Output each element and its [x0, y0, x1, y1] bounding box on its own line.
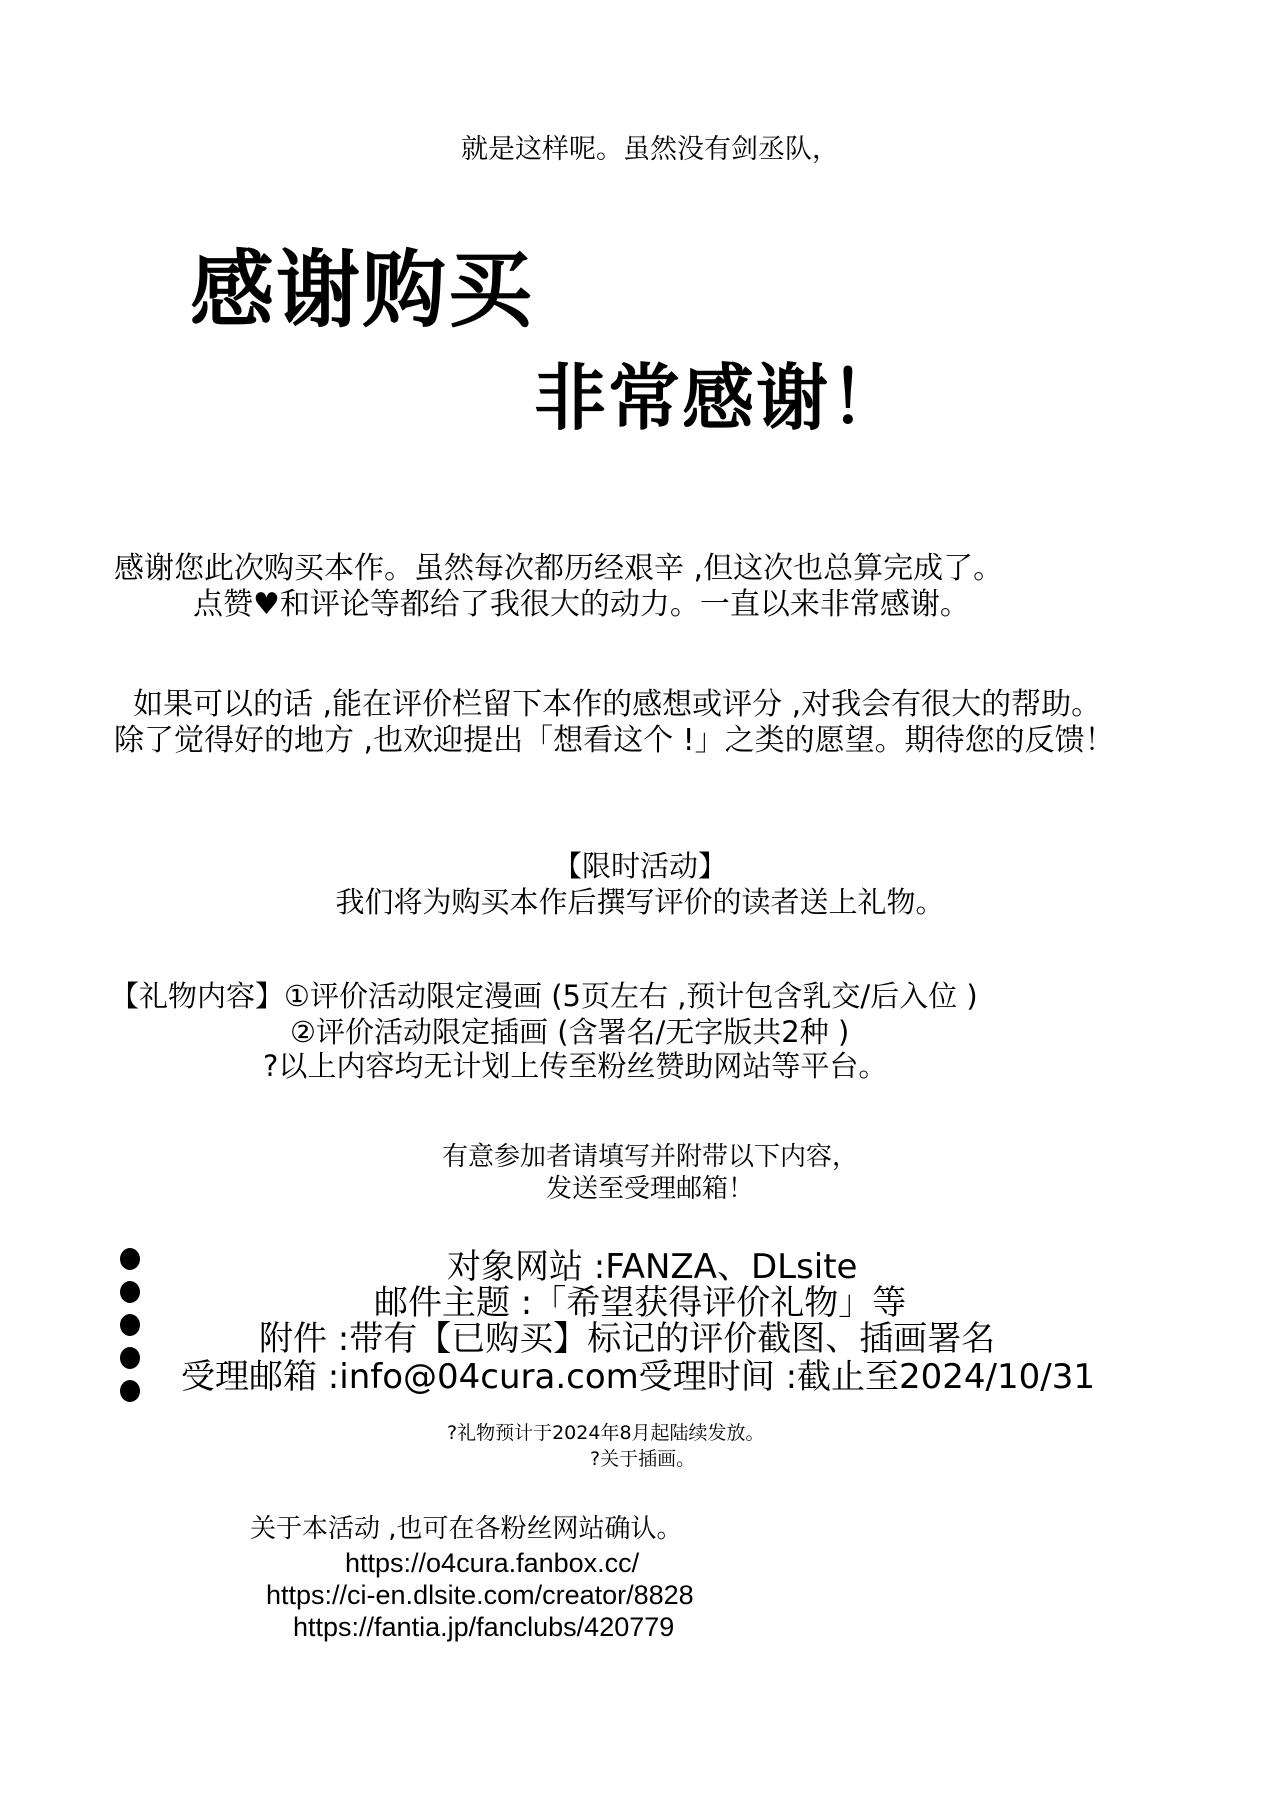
fantia-url: https://fantia.jp/fanclubs/420779: [293, 1614, 674, 1641]
gift-contents-line-1: 【礼物内容】①评价活动限定漫画 (5页左右 ,预计包含乳交/后入位 ): [110, 982, 978, 1011]
title-thank-you-very-much: 非常感谢！: [534, 362, 904, 434]
intro-line: 就是这样呢。虽然没有剑丞队，: [0, 136, 1280, 163]
bullet-list-markers: [120, 1248, 142, 1413]
note-gift-distribution: ?礼物预计于2024年8月起陆续发放。: [447, 1424, 765, 1443]
review-request-line-1: 如果可以的话 ,能在评价栏留下本作的感想或评分 ,对我会有很大的帮助。: [133, 690, 1101, 720]
review-request-line-2: 除了觉得好的地方 ,也欢迎提出「想看这个 !」之类的愿望。期待您的反馈！: [114, 726, 1115, 756]
afterword-page: 就是这样呢。虽然没有剑丞队， 感谢购买 非常感谢！ 感谢您此次购买本作。虽然每次…: [0, 0, 1280, 1808]
event-heading: 【限时活动】: [0, 852, 1280, 881]
fan-sites-intro: 关于本活动 ,也可在各粉丝网站确认。: [250, 1516, 683, 1542]
note-about-illustration: ?关于插画。: [590, 1450, 695, 1469]
bullet-dot-icon: [120, 1248, 140, 1270]
detail-mail-subject: 邮件主题 :「希望获得评价礼物」等: [374, 1286, 906, 1320]
ci-en-url: https://ci-en.dlsite.com/creator/8828: [266, 1582, 694, 1609]
apply-instruction-line-2: 发送至受理邮箱！: [0, 1176, 1280, 1202]
title-thanks-for-purchase: 感谢购买: [190, 248, 534, 332]
event-description: 我们将为购买本作后撰写评价的读者送上礼物。: [0, 888, 1280, 917]
fanbox-url: https://o4cura.fanbox.cc/: [345, 1550, 639, 1577]
thanks-paragraph-line-1: 感谢您此次购买本作。虽然每次都历经艰辛 ,但这次也总算完成了。: [114, 554, 1003, 584]
bullet-dot-icon: [120, 1380, 140, 1402]
detail-email-and-deadline: 受理邮箱 :info@04cura.com受理时间 :截止至2024/10/31: [181, 1360, 1095, 1394]
gift-contents-note: ?以上内容均无计划上传至粉丝赞助网站等平台。: [263, 1052, 887, 1081]
bullet-dot-icon: [120, 1347, 140, 1369]
detail-target-sites: 对象网站 :FANZA、DLsite: [447, 1250, 857, 1284]
detail-attachments: 附件 :带有【已购买】标记的评价截图、插画署名: [259, 1322, 995, 1356]
gift-contents-line-2: ②评价活动限定插画 (含署名/无字版共2种 ): [290, 1018, 849, 1047]
apply-instruction-line-1: 有意参加者请填写并附带以下内容，: [0, 1144, 1280, 1170]
thanks-paragraph-line-2: 点赞♥和评论等都给了我很大的动力。一直以来非常感谢。: [193, 590, 970, 620]
bullet-dot-icon: [120, 1314, 140, 1336]
bullet-dot-icon: [120, 1281, 140, 1303]
